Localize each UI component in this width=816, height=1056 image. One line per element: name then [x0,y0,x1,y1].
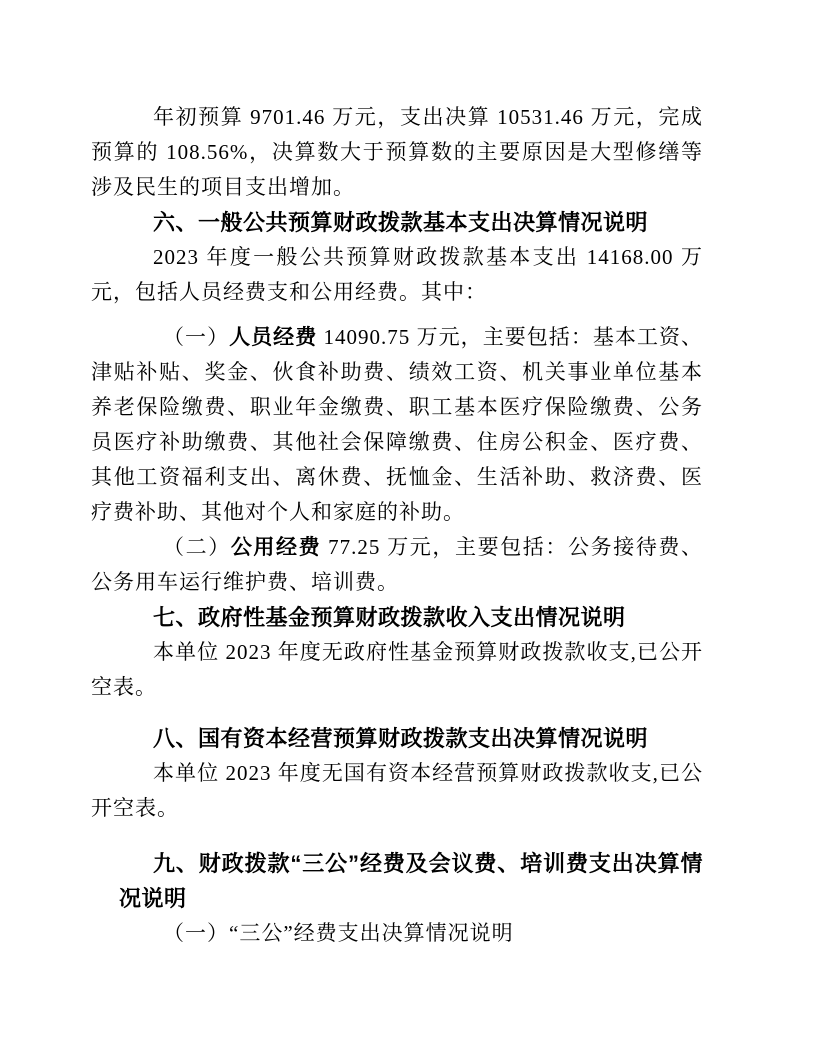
body-paragraph: 2023 年度一般公共预算财政拨款基本支出 14168.00 万元，包括人员经费… [91,240,703,310]
text-run: （一）“三公”经费支出决算情况说明 [163,921,514,945]
body-paragraph: 本单位 2023 年度无国有资本经营预算财政拨款收支,已公开空表。 [91,756,703,826]
emphasis-text-run: 七、政府性基金预算财政拨款收入支出情况说明 [153,605,626,630]
text-run: 2023 年度一般公共预算财政拨款基本支出 14168.00 万元，包括人员经费… [91,245,703,304]
emphasis-text-run: 人员经费 [229,325,317,349]
document-content: 年初预算 9701.46 万元，支出决算 10531.46 万元，完成预算的 1… [91,100,703,951]
emphasis-text-run: 九、财政拨款“三公”经费及会议费、培训费支出决算情况说明 [119,851,703,911]
text-run: （二） [163,535,231,559]
section-heading: 七、政府性基金预算财政拨款收入支出情况说明 [91,600,703,635]
text-run: 14090.75 万元，主要包括：基本工资、津贴补贴、奖金、伙食补助费、绩效工资… [91,325,703,524]
emphasis-text-run: 八、国有资本经营预算财政拨款支出决算情况说明 [153,726,648,751]
text-run: 年初预算 9701.46 万元，支出决算 10531.46 万元，完成预算的 1… [91,105,703,199]
document-page: 年初预算 9701.46 万元，支出决算 10531.46 万元，完成预算的 1… [0,0,816,1056]
section-heading: 八、国有资本经营预算财政拨款支出决算情况说明 [91,721,703,756]
body-paragraph: （一）“三公”经费支出决算情况说明 [91,916,703,951]
body-paragraph: 本单位 2023 年度无政府性基金预算财政拨款收支,已公开空表。 [91,635,703,705]
text-run: 本单位 2023 年度无国有资本经营预算财政拨款收支,已公开空表。 [91,761,703,820]
section-heading: 九、财政拨款“三公”经费及会议费、培训费支出决算情况说明 [91,846,703,916]
emphasis-text-run: 六、一般公共预算财政拨款基本支出决算情况说明 [153,210,648,235]
body-paragraph: （二）公用经费 77.25 万元，主要包括：公务接待费、公务用车运行维护费、培训… [91,530,703,600]
text-run: 本单位 2023 年度无政府性基金预算财政拨款收支,已公开空表。 [91,640,703,699]
text-run: （一） [163,325,229,349]
section-heading: 六、一般公共预算财政拨款基本支出决算情况说明 [91,205,703,240]
body-paragraph: 年初预算 9701.46 万元，支出决算 10531.46 万元，完成预算的 1… [91,100,703,205]
body-paragraph: （一）人员经费 14090.75 万元，主要包括：基本工资、津贴补贴、奖金、伙食… [91,320,703,530]
emphasis-text-run: 公用经费 [231,535,321,559]
